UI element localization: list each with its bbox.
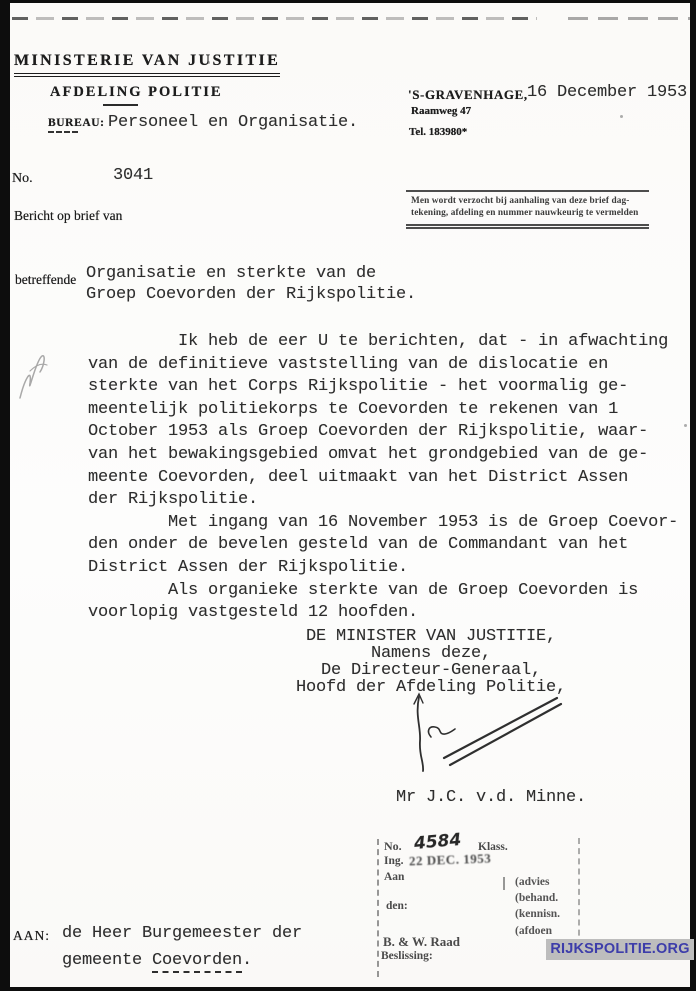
watermark-label: RIJKSPOLITIE.ORG (546, 939, 694, 960)
citation-notice-box: Men wordt verzocht bij aanhaling van dez… (406, 190, 649, 229)
stamp-option-afdoen: (afdoen (515, 923, 560, 939)
stamp-options-column: (advies (behand. (kennisn. (afdoen (515, 874, 560, 939)
bureau-underline (48, 131, 78, 133)
subject-label: betreffende (15, 272, 76, 288)
department-title: AFDELING POLITIE (50, 84, 223, 101)
stamp-option-kennisn: (kennisn. (515, 906, 560, 922)
ministry-title: MINISTERIE VAN JUSTITIE (14, 52, 280, 77)
stamp-left-edge (377, 839, 379, 977)
stamp-den-label: den: (386, 900, 408, 912)
stamp-option-advies: (advies (515, 874, 560, 890)
addressee-line-2: gemeente Coevorden. (62, 951, 252, 970)
addressee-municipality: Coevorden (152, 951, 242, 973)
stamp-tick-mark (503, 877, 505, 890)
stamp-ing-label: Ing. (384, 855, 404, 867)
stamp-date: 22 DEC. 1953 (409, 851, 492, 870)
addressee-label: AAN: (13, 928, 50, 944)
addressee-prefix: gemeente (62, 951, 152, 970)
scan-speck (684, 424, 687, 427)
signatory-name: Mr J.C. v.d. Minne. (396, 788, 586, 807)
letter-date: 16 December 1953 (527, 83, 687, 102)
street-address: Raamweg 47 (411, 105, 471, 117)
addressee-line-1: de Heer Burgemeester der (62, 924, 302, 943)
signature-block: DE MINISTER VAN JUSTITIE, Namens deze, D… (290, 629, 572, 697)
bureau-value: Personeel en Organisatie. (108, 113, 358, 132)
number-value: 3041 (113, 166, 153, 185)
subject-line-2: Groep Coevorden der Rijkspolitie. (86, 285, 416, 304)
stamp-beslissing-label: Beslissing: (381, 950, 433, 962)
stamp-no-handwritten: 4584 (413, 830, 462, 854)
bureau-label: BUREAU: (48, 117, 105, 129)
city-label: 'S-GRAVENHAGE, (408, 87, 528, 103)
stamp-no-label: No. (384, 839, 402, 854)
stamp-bw-raad-label: B. & W. Raad (383, 934, 460, 950)
notice-line: tekening, afdeling en nummer nauwkeurig … (411, 208, 649, 220)
addressee-period: . (242, 951, 252, 970)
department-underline (103, 104, 138, 106)
stamp-aan-label: Aan (384, 871, 404, 883)
scan-speck (620, 115, 623, 118)
stamp-option-behand: (behand. (515, 890, 560, 906)
scan-artifact-line (12, 17, 537, 20)
subject-line-1: Organisatie en sterkte van de (86, 264, 376, 283)
number-label: No. (12, 171, 33, 187)
reply-to-label: Bericht op brief van (14, 208, 122, 224)
scan-artifact-line (568, 17, 690, 20)
signature-line-4: Hoofd der Afdeling Politie, (290, 680, 572, 697)
notice-line: Men wordt verzocht bij aanhaling van dez… (411, 196, 649, 208)
phone-number: Tel. 183980* (409, 126, 467, 138)
letter-body: Ik heb de eer U te berichten, dat - in a… (88, 331, 678, 625)
scanned-letter-page: MINISTERIE VAN JUSTITIE AFDELING POLITIE… (0, 0, 696, 991)
